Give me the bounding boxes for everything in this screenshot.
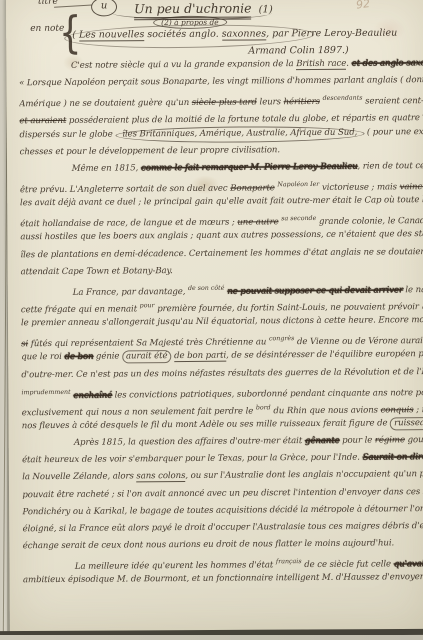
line-segment: victorieuse ; mais (319, 182, 399, 193)
line-segment: enchaîné (73, 390, 112, 400)
line-segment: conquis (381, 405, 414, 415)
line-segment: ruisseaux (390, 417, 423, 430)
manuscript-page: titre u Un peu d'uchronie(1) (2) à propo… (6, 0, 423, 634)
line-segment: îles Britanniques, Amérique, Australie, … (115, 125, 364, 143)
line-segment: le naufragé du radeau de la Méduse, (403, 284, 423, 295)
line-segment: pour (140, 302, 155, 309)
manuscript-line: dispersés sur le globe îles Britanniques… (19, 124, 423, 144)
line-segment: de bon parti (174, 351, 226, 362)
work-reference-line: ( Les nouvelles sociétés anglo. saxonnes… (72, 28, 397, 41)
line-segment: attendait Cape Town et Botany-Bay. (21, 266, 173, 277)
line-segment: aurait été (122, 350, 172, 363)
title-index: (1) (259, 4, 273, 15)
line-segment: C'est notre siècle qui a vu la grande ex… (71, 59, 296, 71)
line-segment: , ou sur l'Australie dont les anglais n'… (185, 469, 423, 482)
line-segment: pour le (339, 436, 375, 446)
line-segment: , de se désintéresser de l'équilibre eur… (226, 349, 423, 361)
line-segment: Après 1815, la question des affaires d'o… (74, 436, 305, 448)
ref-underlined-2: saxonnes (222, 28, 266, 40)
line-segment: français (276, 558, 302, 565)
line-segment: sa seconde (281, 215, 316, 222)
line-segment: la Nouvelle Zélande, alors (22, 472, 136, 483)
line-segment: vaincue (400, 182, 423, 192)
line-segment: descendants (323, 95, 363, 102)
line-segment: ( pour une exploitation de ses ri- (364, 126, 423, 137)
line-segment: sans colons (136, 471, 185, 482)
line-segment: Napoléon Ier (277, 181, 319, 188)
ref-underlined-1: Les nouvelles (79, 29, 144, 41)
ref-end: , par Pierre Leroy-Beaulieu (266, 28, 397, 40)
line-segment: aussi hostiles que les boers aux anglais… (20, 229, 423, 243)
line-segment: seraient cent-dix ou cent vingt millions (362, 96, 423, 107)
line-segment: et auraient (19, 116, 66, 126)
line-segment: , rien de tout cela ne pouvait (357, 161, 423, 172)
line-segment: comme le fait remarquer M. Pierre Leroy-… (141, 161, 358, 173)
line-segment: de ce siècle fut celle (302, 559, 394, 570)
line-segment: La France, par davantage, (73, 287, 188, 298)
page-number: 92 (355, 0, 370, 12)
photo-frame: titre u Un peu d'uchronie(1) (2) à propo… (0, 0, 423, 640)
line-segment: échange serait de ceux dont nous aurions… (23, 538, 394, 551)
line-segment: Saurait-on dire (362, 452, 423, 463)
line-segment: gênante (305, 436, 340, 446)
line-segment: éloigné, si la France eût alors payé le … (23, 520, 423, 534)
line-segment: bord (256, 404, 271, 411)
line-segment: une autre (237, 218, 278, 228)
line-segment: « Lorsque Napoléon perçait sous Bonapart… (19, 75, 423, 88)
manuscript-line: ambitieux épisodique M. de Bourmont, et … (23, 569, 423, 589)
line-segment: Même en 1815, (72, 163, 141, 174)
line-segment: siècle plus tard (192, 98, 257, 109)
line-segment: îles de plantations en demi-décadence. C… (20, 246, 423, 260)
line-segment: nos fleuves à côté desquels le fil du mo… (22, 418, 390, 431)
line-segment: British race (296, 59, 346, 70)
line-segment: de Vienne ou de Vérone auraient-ils pu d… (294, 336, 423, 348)
under-sheet-bottom (0, 635, 423, 640)
line-segment: et des anglo-saxons (351, 58, 423, 69)
line-segment: qu'avaient (394, 559, 423, 569)
line-segment: congrès (269, 335, 294, 342)
line-segment: les avait déjà avant ce duel ; le princi… (20, 195, 423, 209)
line-segment: chesses et pour le développement de leur… (20, 145, 280, 157)
line-segment: d'outre-mer. Ce n'est pas un des moins n… (21, 366, 423, 380)
line-segment: héritiers (284, 97, 320, 107)
line-segment: le premier anneau s'allongerait jusqu'au… (21, 315, 423, 329)
line-segment: imprudemment (22, 389, 71, 396)
line-segment: génie (93, 352, 122, 362)
line-segment: du Rhin que nous avions (271, 405, 381, 416)
line-segment: gouvernement du Roi ; on (405, 434, 423, 445)
manuscript-line: îles de plantations en demi-décadence. C… (20, 244, 423, 264)
line-segment: pouvait être racheté ; si l'on avait ann… (22, 486, 423, 500)
line-segment: dispersés sur le globe (19, 129, 115, 140)
line-segment: régime (375, 435, 405, 445)
line-segment: Bonaparte (230, 183, 275, 193)
ref-open: ( (72, 30, 79, 41)
line-segment: de son côté (188, 284, 224, 291)
line-segment: que le roi (21, 352, 64, 362)
line-segment: ; mais encore privé d'au- (414, 404, 423, 415)
line-segment: grande colonie, le Canada, était habitée… (316, 215, 423, 227)
line-segment: ambitieux épisodique M. de Bourmont, et … (23, 571, 423, 585)
page-title: Un peu d'uchronie(1) (134, 0, 273, 16)
ref-middle: sociétés anglo. (144, 29, 222, 40)
line-segment: leurs (257, 97, 284, 107)
publisher-line: Armand Colin 1897.) (248, 45, 348, 57)
line-segment: était heureux de les voir s'embarquer po… (22, 453, 362, 466)
manuscript-body: C'est notre siècle qui a vu la grande ex… (19, 55, 423, 598)
line-segment: de bon (64, 352, 93, 362)
line-segment: Pondichéry ou à Karikal, le bagage de to… (22, 503, 423, 517)
